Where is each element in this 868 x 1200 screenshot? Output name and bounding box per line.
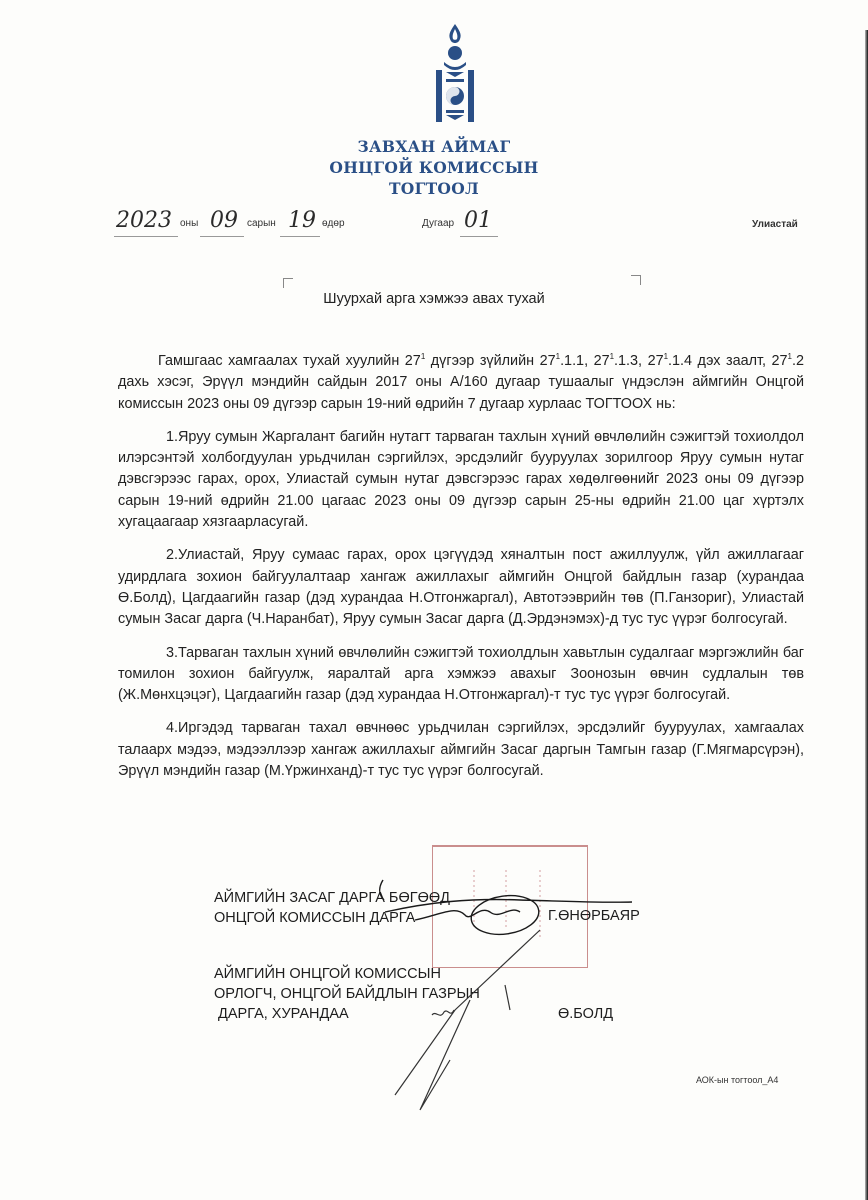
date-year-underline <box>114 236 178 237</box>
signatory-1-title: АЙМГИЙН ЗАСАГ ДАРГА БӨГӨӨД ОНЦГОЙ КОМИСС… <box>214 888 450 928</box>
date-month-underline <box>200 236 244 237</box>
date-month: 09 <box>210 208 238 233</box>
doc-number-label: Дугаар <box>422 218 454 229</box>
subject-bracket-left <box>283 278 293 288</box>
document-subject: Шуурхай арга хэмжээ авах тухай <box>0 291 868 307</box>
preamble: Гамшгаас хамгаалах тухай хуулийн 271 дүг… <box>118 351 804 415</box>
footer-document-code: АОК-ын тогтоол_А4 <box>696 1075 778 1085</box>
date-year-label: оны <box>180 218 198 229</box>
date-month-label: сарын <box>247 218 276 229</box>
resolution-item-3: 3.Тарваган тахлын хүний өвчлөлийн сэжигт… <box>118 643 804 707</box>
header-commission: ОНЦГОЙ КОМИССЫН <box>0 158 868 177</box>
doc-number-underline <box>460 236 498 237</box>
issue-place: Улиастай <box>752 219 798 230</box>
date-day-underline <box>280 236 320 237</box>
date-day-label: өдөр <box>322 218 345 229</box>
resolution-item-1: 1.Яруу сумын Жаргалант багийн нутагт тар… <box>118 427 804 533</box>
resolution-item-2: 2.Улиастай, Яруу сумаас гарах, орох цэгү… <box>118 545 804 630</box>
subject-bracket-right <box>631 275 641 285</box>
soyombo-emblem-icon <box>424 22 486 130</box>
signatory-2-title: АЙМГИЙН ОНЦГОЙ КОМИССЫН ОРЛОГЧ, ОНЦГОЙ Б… <box>214 964 480 1024</box>
date-day: 19 <box>288 208 316 233</box>
resolution-item-4: 4.Иргэдэд тарваган тахал өвчнөөс урьдчил… <box>118 718 804 782</box>
header-aimag: ЗАВХАН АЙМАГ <box>0 137 868 156</box>
document-body: Гамшгаас хамгаалах тухай хуулийн 271 дүг… <box>118 351 804 794</box>
date-year: 2023 <box>116 208 172 233</box>
official-stamp <box>432 845 588 968</box>
doc-number: 01 <box>464 208 492 233</box>
signatory-1-name: Г.ӨНӨРБАЯР <box>548 908 640 924</box>
header-doc-type: ТОГТООЛ <box>0 179 868 198</box>
signatory-2-name: Ө.БОЛД <box>558 1006 613 1022</box>
